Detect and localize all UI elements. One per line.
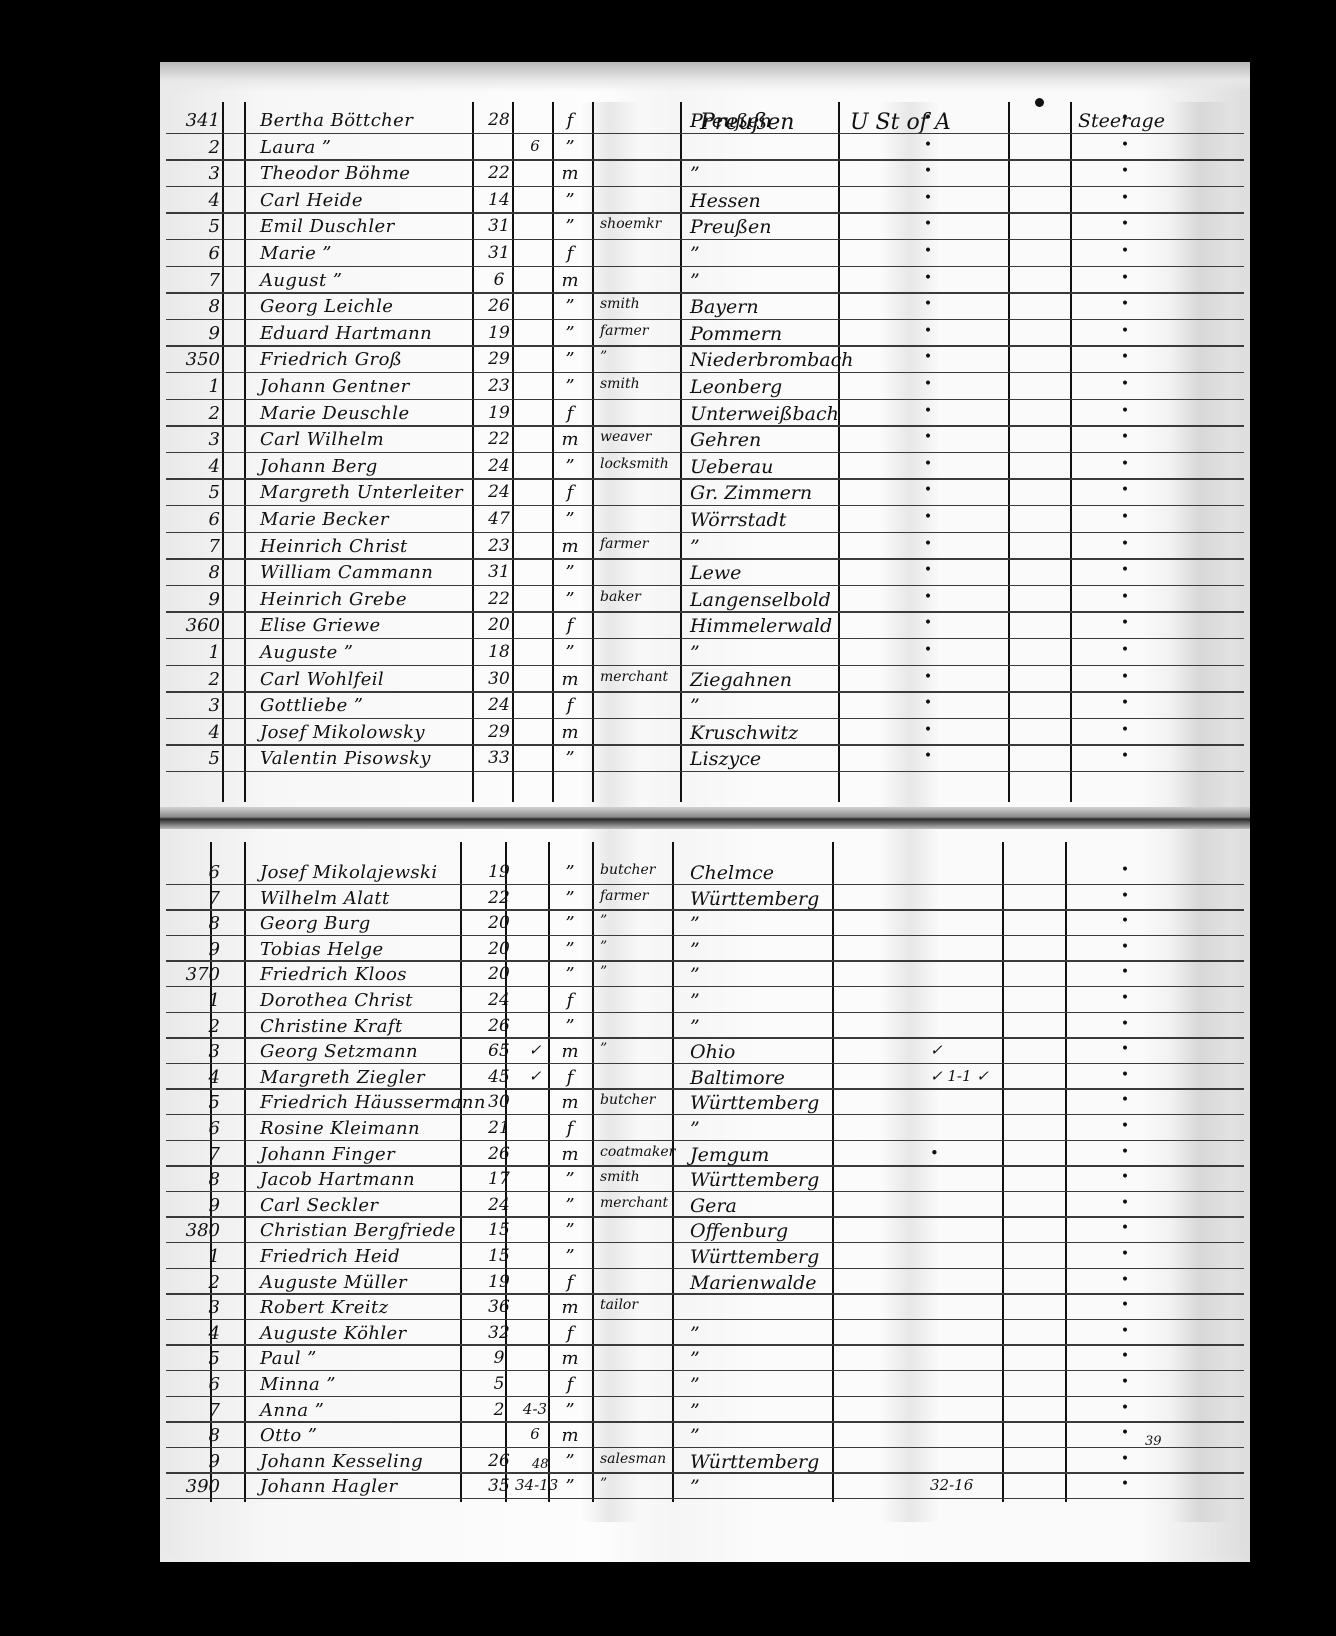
passenger-row: 9Carl Seckler24”merchantGera• [160,1193,1250,1219]
passenger-name: Carl Heide [260,190,363,211]
passenger-name: Josef Mikolajewski [260,862,438,883]
passenger-sex: ” [555,349,585,370]
passenger-row: 6Minna ”5f”• [160,1372,1250,1398]
passenger-sex: m [555,669,585,690]
passenger-age: 23 [478,376,520,396]
passenger-sex: m [555,270,585,291]
passenger-row: 5Valentin Pisowsky33”Liszyce•• [160,746,1250,772]
passenger-sex: ” [555,456,585,477]
passenger-age: 14 [478,190,520,210]
passenger-row: 360Elise Griewe20fHimmelerwald•• [160,613,1250,639]
passenger-origin: Offenburg [690,1220,850,1242]
passenger-origin: Hessen [690,190,850,212]
passenger-row: 5Friedrich Häussermann30mbutcherWürttemb… [160,1090,1250,1116]
passenger-number: 1 [170,1246,220,1267]
passenger-age: 24 [478,695,520,715]
ditto-dot: • [1115,562,1135,578]
ditto-dot: • [1115,216,1135,232]
passenger-age: 22 [478,163,520,183]
passenger-occupation: smith [600,376,680,392]
passenger-sex: ” [555,964,585,985]
passenger-origin: Gera [690,1195,850,1217]
passenger-number: 9 [170,939,220,960]
passenger-row: 8Jacob Hartmann17”smithWürttemberg• [160,1167,1250,1193]
passenger-row: 9Tobias Helge20”””• [160,937,1250,963]
ditto-dot: • [918,243,938,259]
passenger-row: 2Marie Deuschle19fUnterweißbach•• [160,401,1250,427]
passenger-name: Carl Wilhelm [260,429,384,450]
passenger-name: August ” [260,270,342,291]
manifest-page: Preußen U St of A Steerage 341Bertha Böt… [160,62,1250,1562]
passenger-sex: ” [555,862,585,883]
passenger-number: 1 [170,642,220,663]
passenger-name: Christian Bergfriede [260,1220,456,1241]
passenger-name: Josef Mikolowsky [260,722,425,743]
passenger-name: Georg Setzmann [260,1041,418,1062]
passenger-row: 4Josef Mikolowsky29mKruschwitz•• [160,720,1250,746]
passenger-sex: m [555,429,585,450]
passenger-origin: ” [690,1323,850,1345]
passenger-origin: ” [690,695,850,717]
ditto-dot: • [918,216,938,232]
ditto-dot: • [1115,1425,1135,1441]
right-margin-mark: 39 [1145,1434,1162,1449]
passenger-name: Marie Becker [260,509,389,530]
passenger-sex: m [555,1041,585,1062]
passenger-age: 17 [478,1169,520,1189]
ditto-dot: • [918,695,938,711]
ditto-dot: • [918,482,938,498]
passenger-number: 6 [170,243,220,264]
passenger-number: 8 [170,296,220,317]
passenger-number: 4 [170,722,220,743]
passenger-age: 9 [478,1348,520,1368]
passenger-number: 341 [170,110,220,131]
passenger-row: 4Auguste Köhler32f”• [160,1321,1250,1347]
passenger-row: 2Christine Kraft26””• [160,1014,1250,1040]
ditto-dot: • [918,376,938,392]
ditto-dot: • [1115,589,1135,605]
passenger-number: 7 [170,270,220,291]
passenger-number: 2 [170,137,220,158]
passenger-row: 9Eduard Hartmann19”farmerPommern•• [160,321,1250,347]
passenger-row: 5Emil Duschler31”shoemkrPreußen•• [160,214,1250,240]
passenger-occupation: coatmaker [600,1144,680,1160]
passenger-name: Georg Leichle [260,296,393,317]
passenger-sex: f [555,990,585,1011]
passenger-age: 45 [478,1067,520,1087]
passenger-name: Johann Berg [260,456,378,477]
passenger-number: 8 [170,562,220,583]
passenger-origin: Kruschwitz [690,722,850,744]
passenger-age: 19 [478,323,520,343]
passenger-origin: ” [690,270,850,292]
passenger-age: 18 [478,642,520,662]
ditto-dot: • [1115,163,1135,179]
passenger-number: 2 [170,1272,220,1293]
passenger-row: 5Paul ”9m”• [160,1346,1250,1372]
passenger-origin: Ohio [690,1041,850,1063]
passenger-name: Heinrich Christ [260,536,408,557]
passenger-occupation: ” [600,913,680,929]
passenger-occupation: farmer [600,888,680,904]
ditto-dot: • [918,137,938,153]
passenger-sex: f [555,403,585,424]
passenger-number: 370 [170,964,220,985]
passenger-number: 5 [170,1092,220,1113]
passenger-row: 6Marie ”31f”•• [160,241,1250,267]
passenger-occupation: ” [600,964,680,980]
ditto-dot: • [1115,429,1135,445]
passenger-name: Carl Wohlfeil [260,669,384,690]
passenger-age: 22 [478,429,520,449]
ditto-dot: • [1115,1092,1135,1108]
passenger-sex: m [555,536,585,557]
passenger-row: 8William Cammann31”Lewe•• [160,560,1250,586]
passenger-number: 5 [170,482,220,503]
passenger-sex: m [555,1348,585,1369]
ditto-dot: • [1115,482,1135,498]
passenger-sex: ” [555,137,585,158]
passenger-age: 29 [478,349,520,369]
passenger-origin: ” [690,1476,850,1498]
ditto-dot: • [1115,509,1135,525]
passenger-mark: 34-13 [515,1476,555,1494]
ditto-dot: • [1115,1016,1135,1032]
passenger-row: 8Georg Burg20”””• [160,911,1250,937]
passenger-origin: ” [690,642,850,664]
passenger-origin: Baltimore [690,1067,850,1089]
passenger-row: 6Rosine Kleimann21f”• [160,1116,1250,1142]
passenger-age: 31 [478,216,520,236]
passenger-row: 9Johann Kesseling26”salesmanWürttemberg• [160,1449,1250,1475]
ditto-dot: • [1115,137,1135,153]
passenger-sex: ” [555,296,585,317]
passenger-number: 9 [170,1451,220,1472]
passenger-age: 26 [478,296,520,316]
passenger-number: 6 [170,1374,220,1395]
passenger-row: 2Auguste Müller19fMarienwalde• [160,1270,1250,1296]
ditto-dot: • [1115,1476,1135,1492]
passenger-origin: ” [690,990,850,1012]
passenger-name: Margreth Ziegler [260,1067,425,1088]
ditto-dot: • [1115,615,1135,631]
ditto-dot: • [1115,1246,1135,1262]
passenger-number: 3 [170,1041,220,1062]
ditto-dot: • [918,323,938,339]
passenger-row: 7Anna ”24-3””• [160,1398,1250,1424]
passenger-age: 28 [478,110,520,130]
passenger-mark: 6 [515,1425,555,1443]
ditto-dot: • [1115,1400,1135,1416]
passenger-number: 2 [170,403,220,424]
passenger-sex: ” [555,376,585,397]
passenger-age: 23 [478,536,520,556]
ditto-dot: • [1115,888,1135,904]
ditto-dot: • [1115,110,1135,126]
passenger-occupation: salesman [600,1451,680,1467]
passenger-number: 8 [170,913,220,934]
ditto-dot: • [1115,349,1135,365]
passenger-number: 4 [170,456,220,477]
ditto-dot: • [918,669,938,685]
passenger-occupation: tailor [600,1297,680,1313]
passenger-age: 26 [478,1144,520,1164]
passenger-origin: ” [690,1016,850,1038]
passenger-origin: ” [690,1374,850,1396]
passenger-age: 20 [478,913,520,933]
passenger-name: Anna ” [260,1400,324,1421]
passenger-occupation: weaver [600,429,680,445]
manifest-bottom-section: 6Josef Mikolajewski19”butcherChelmce•7Wi… [160,842,1250,1502]
passenger-occupation: merchant [600,1195,680,1211]
passenger-number: 3 [170,1297,220,1318]
passenger-origin: ” [690,1118,850,1140]
passenger-origin: Chelmce [690,862,850,884]
passenger-sex: m [555,1144,585,1165]
ditto-dot: • [918,642,938,658]
passenger-name: Laura ” [260,137,331,158]
passenger-number: 4 [170,1323,220,1344]
passenger-sex: f [555,243,585,264]
passenger-occupation: butcher [600,1092,680,1108]
passenger-age: 35 [478,1476,520,1496]
passenger-name: Heinrich Grebe [260,589,407,610]
ditto-dot: • [918,110,938,126]
ditto-dot: • [918,562,938,578]
passenger-name: Theodor Böhme [260,163,410,184]
passenger-sex: f [555,1067,585,1088]
ditto-dot: • [1115,1169,1135,1185]
ditto-dot: • [918,722,938,738]
passenger-name: Friedrich Groß [260,349,402,370]
passenger-number: 3 [170,429,220,450]
passenger-row: 2Carl Wohlfeil30mmerchantZiegahnen•• [160,667,1250,693]
ditto-dot: • [1115,748,1135,764]
ditto-dot: • [918,748,938,764]
passenger-origin: Niederbrombach [690,349,850,371]
passenger-age: 20 [478,939,520,959]
passenger-origin: Württemberg [690,1246,850,1268]
passenger-row: 7August ”6m”•• [160,268,1250,294]
passenger-number: 350 [170,349,220,370]
passenger-number: 7 [170,1144,220,1165]
passenger-sex: f [555,1323,585,1344]
passenger-origin: ” [690,1425,850,1447]
passenger-name: Emil Duschler [260,216,395,237]
passenger-age: 5 [478,1374,520,1394]
passenger-age: 24 [478,1195,520,1215]
passenger-extra-note: ✓ 1-1 ✓ [930,1067,989,1085]
ditto-dot: • [1115,403,1135,419]
passenger-origin: Langenselbold [690,589,850,611]
passenger-sex: ” [555,589,585,610]
passenger-occupation: smith [600,296,680,312]
passenger-name: Christine Kraft [260,1016,403,1037]
passenger-sex: ” [555,1195,585,1216]
passenger-age: 65 [478,1041,520,1061]
passenger-number: 7 [170,536,220,557]
ditto-dot: • [1115,1323,1135,1339]
passenger-sex: ” [555,888,585,909]
passenger-name: Auguste Müller [260,1272,407,1293]
passenger-origin: Liszyce [690,748,850,770]
passenger-origin: Himmelerwald [690,615,850,637]
passenger-row: 1Dorothea Christ24f”• [160,988,1250,1014]
passenger-sex: ” [555,1400,585,1421]
ditto-dot: • [1115,1348,1135,1364]
passenger-number: 360 [170,615,220,636]
ditto-dot: • [1115,1041,1135,1057]
ditto-dot: • [1115,1220,1135,1236]
passenger-sex: ” [555,216,585,237]
passenger-name: Marie Deuschle [260,403,410,424]
passenger-origin: Unterweißbach [690,403,850,425]
passenger-age: 47 [478,509,520,529]
passenger-origin: Marienwalde [690,1272,850,1294]
passenger-row: 2Laura ”6”•• [160,135,1250,161]
passenger-sex: ” [555,642,585,663]
passenger-origin: Württemberg [690,1451,850,1473]
passenger-occupation: smith [600,1169,680,1185]
passenger-sex: m [555,1425,585,1446]
passenger-name: Tobias Helge [260,939,384,960]
passenger-extra-note: ✓ [930,1041,943,1059]
bottom-scribble: 48 [532,1457,549,1472]
ditto-dot: • [1115,1451,1135,1467]
passenger-name: Robert Kreitz [260,1297,389,1318]
passenger-number: 9 [170,1195,220,1216]
passenger-origin: ” [690,964,850,986]
ditto-dot: • [918,429,938,445]
passenger-number: 1 [170,376,220,397]
passenger-number: 9 [170,589,220,610]
ditto-dot: • [1115,695,1135,711]
passenger-row: 3Carl Wilhelm22mweaverGehren•• [160,427,1250,453]
passenger-occupation: locksmith [600,456,680,472]
passenger-occupation: ” [600,939,680,955]
passenger-origin: Jemgum [690,1144,850,1166]
passenger-age: 22 [478,589,520,609]
passenger-name: Johann Hagler [260,1476,397,1497]
passenger-number: 9 [170,323,220,344]
passenger-origin: Leonberg [690,376,850,398]
passenger-age: 24 [478,456,520,476]
passenger-name: Margreth Unterleiter [260,482,463,503]
passenger-age: 36 [478,1297,520,1317]
passenger-sex: m [555,1092,585,1113]
passenger-row: 6Josef Mikolajewski19”butcherChelmce• [160,860,1250,886]
passenger-age: 33 [478,748,520,768]
passenger-name: Rosine Kleimann [260,1118,420,1139]
passenger-name: Elise Griewe [260,615,381,636]
passenger-age: 31 [478,243,520,263]
passenger-sex: ” [555,939,585,960]
ditto-dot: • [918,509,938,525]
passenger-row: 350Friedrich Groß29””Niederbrombach•• [160,347,1250,373]
passenger-row: 9Heinrich Grebe22”bakerLangenselbold•• [160,587,1250,613]
passenger-name: Auguste ” [260,642,353,663]
passenger-number: 6 [170,1118,220,1139]
passenger-number: 8 [170,1169,220,1190]
ditto-dot: • [1115,1195,1135,1211]
passenger-number: 3 [170,695,220,716]
passenger-row: 341Bertha Böttcher28fPreußen•• [160,108,1250,134]
passenger-name: Marie ” [260,243,332,264]
passenger-number: 390 [170,1476,220,1497]
passenger-row: 370Friedrich Kloos20”””• [160,962,1250,988]
passenger-row: 1Johann Gentner23”smithLeonberg•• [160,374,1250,400]
passenger-sex: f [555,110,585,131]
passenger-row: 5Margreth Unterleiter24fGr. Zimmern•• [160,480,1250,506]
passenger-row: 1Auguste ”18””•• [160,640,1250,666]
passenger-age: 26 [478,1016,520,1036]
passenger-origin: ” [690,163,850,185]
passenger-number: 3 [170,163,220,184]
passenger-name: Dorothea Christ [260,990,413,1011]
passenger-number: 380 [170,1220,220,1241]
ditto-dot: • [1115,1144,1135,1160]
passenger-age: 15 [478,1246,520,1266]
passenger-sex: ” [555,190,585,211]
passenger-age: 30 [478,1092,520,1112]
passenger-number: 1 [170,990,220,1011]
passenger-name: Auguste Köhler [260,1323,407,1344]
passenger-origin: Württemberg [690,1169,850,1191]
passenger-number: 4 [170,190,220,211]
passenger-sex: f [555,482,585,503]
ditto-dot: • [918,270,938,286]
passenger-mark: ✓ [515,1041,555,1059]
passenger-row: 3Georg Setzmann65✓m”Ohio✓• [160,1039,1250,1065]
passenger-origin: Bayern [690,296,850,318]
passenger-origin: Württemberg [690,888,850,910]
passenger-age: 30 [478,669,520,689]
passenger-origin: Gehren [690,429,850,451]
passenger-name: Jacob Hartmann [260,1169,415,1190]
passenger-row: 380Christian Bergfriede15”Offenburg• [160,1218,1250,1244]
passenger-age: 15 [478,1220,520,1240]
ditto-dot: • [1115,1272,1135,1288]
passenger-sex: m [555,1297,585,1318]
passenger-sex: ” [555,1246,585,1267]
passenger-origin: Württemberg [690,1092,850,1114]
passenger-origin: Preußen [690,216,850,238]
passenger-sex: f [555,1374,585,1395]
passenger-number: 5 [170,1348,220,1369]
passenger-age: 19 [478,862,520,882]
passenger-row: 7Heinrich Christ23mfarmer”•• [160,534,1250,560]
passenger-origin: Ueberau [690,456,850,478]
passenger-origin: Lewe [690,562,850,584]
ditto-dot: • [1115,243,1135,259]
passenger-number: 5 [170,748,220,769]
passenger-age: 26 [478,1451,520,1471]
passenger-row: 6Marie Becker47”Wörrstadt•• [160,507,1250,533]
passenger-number: 7 [170,1400,220,1421]
passenger-origin: ” [690,243,850,265]
passenger-sex: m [555,163,585,184]
passenger-sex: f [555,1272,585,1293]
passenger-row: 390Johann Hagler3534-13”””32-16• [160,1474,1250,1500]
passenger-occupation: ” [600,349,680,365]
passenger-sex: ” [555,562,585,583]
passenger-mark: 6 [515,137,555,155]
passenger-name: Friedrich Heid [260,1246,400,1267]
passenger-origin: Ziegahnen [690,669,850,691]
passenger-age: 31 [478,562,520,582]
ditto-dot: • [918,163,938,179]
